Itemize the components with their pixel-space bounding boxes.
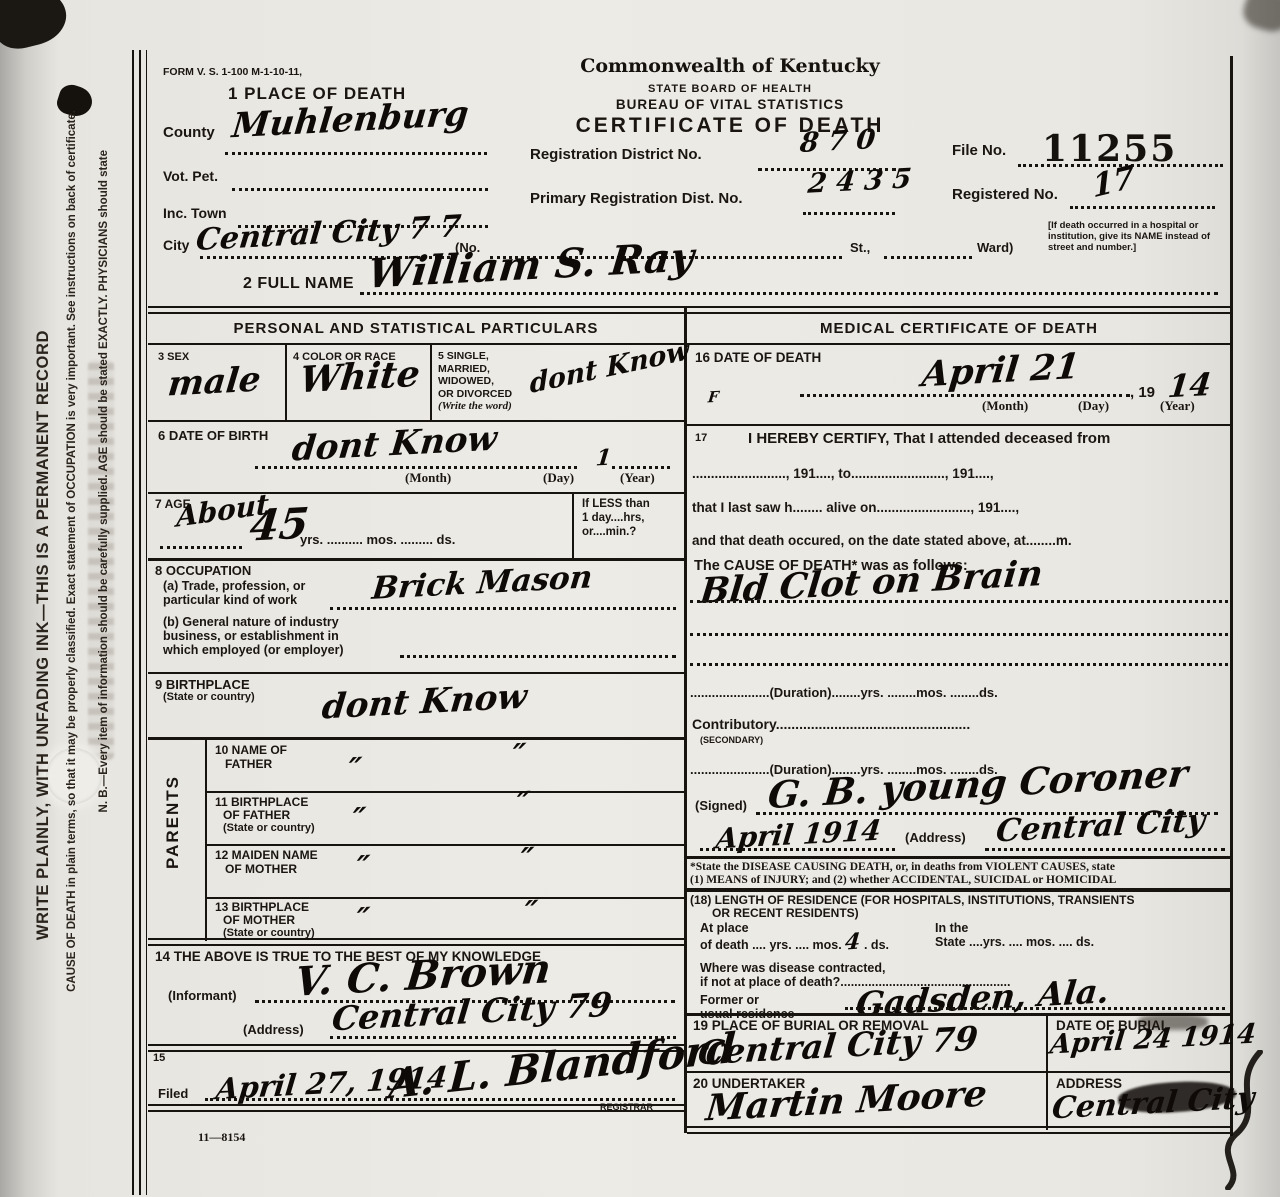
date-of-death-label: 16 DATE OF DEATH: [695, 350, 821, 365]
marital-label-line: 5 SINGLE,: [438, 350, 512, 363]
dotted-line: [690, 663, 1228, 666]
age-less-note: If LESS than 1 day....hrs, or....min.?: [582, 497, 650, 539]
dotted-line: [330, 607, 676, 610]
parents-strip-divider: [205, 737, 207, 941]
marital-label: 5 SINGLE, MARRIED, WIDOWED, OR DIVORCED: [438, 350, 512, 400]
parents-label: PARENTS: [163, 775, 183, 869]
dotted-line: [884, 256, 972, 259]
medical-section-title: MEDICAL CERTIFICATE OF DEATH: [687, 320, 1231, 337]
inc-town-label: Inc. Town: [163, 205, 227, 221]
row-rule: [687, 1071, 1231, 1073]
former-residence-label: Former or usual residence: [700, 993, 795, 1021]
certify-section-number: 17: [695, 432, 707, 444]
dotted-line: [160, 546, 242, 549]
marital-label-line: OR DIVORCED: [438, 388, 512, 401]
death-certificate-scan: WRITE PLAINLY, WITH UNFADING INK—THIS IS…: [0, 0, 1280, 1197]
registered-no-label: Registered No.: [952, 186, 1058, 203]
row-rule: [687, 888, 1231, 892]
left-frame-line: [146, 50, 147, 1195]
right-column-bottom-rule: [687, 1126, 1231, 1134]
dob-label: 6 DATE OF BIRTH: [158, 428, 268, 443]
date-of-death-mark: F: [707, 388, 720, 407]
certify-line-3: that I last saw h........ alive on......…: [692, 500, 1019, 515]
occupation-label: 8 OCCUPATION: [155, 563, 251, 578]
dob-day-label: (Day): [543, 470, 574, 486]
dob-month-label: (Month): [405, 470, 451, 486]
marital-label-line: MARRIED,: [438, 363, 512, 376]
occupation-a-line: (a) Trade, profession, or: [163, 579, 305, 593]
bureau-heading: BUREAU OF VITAL STATISTICS: [520, 97, 940, 112]
mother-name-line: 12 MAIDEN NAME: [215, 849, 318, 863]
cell-divider: [572, 492, 574, 558]
dod-day-label: (Day): [1078, 398, 1109, 414]
contributory-sub-label: (SECONDARY): [700, 735, 763, 745]
certify-intro: I HEREBY CERTIFY, That I attended deceas…: [748, 430, 1110, 447]
corner-ink-blob: [0, 0, 72, 54]
occupation-a-value: Brick Mason: [370, 559, 594, 607]
father-name-line: 10 NAME OF: [215, 744, 287, 758]
file-no-label: File No.: [952, 142, 1006, 159]
dotted-line: [205, 1098, 675, 1101]
in-state-line: State ....yrs. .... mos. .... ds.: [935, 935, 1094, 949]
in-state-line: In the: [935, 921, 1094, 935]
in-the-state: In the State ....yrs. .... mos. .... ds.: [935, 921, 1094, 949]
corner-shadow-top-right: [1240, 0, 1280, 36]
father-birthplace-label: 11 BIRTHPLACE OF FATHER (State or countr…: [215, 796, 315, 835]
margin-note-bold: WRITE PLAINLY, WITH UNFADING INK—THIS IS…: [34, 330, 53, 940]
date-of-death-year-printed: , 19: [1130, 384, 1155, 401]
primary-registration-label: Primary Registration Dist. No.: [530, 190, 743, 207]
occupation-b-line: business, or establishment in: [163, 629, 344, 643]
father-birthplace-line: (State or country): [215, 822, 315, 835]
certify-line-4: and that death occured, on the date stat…: [692, 533, 1072, 548]
father-name-label: 10 NAME OF FATHER: [215, 744, 287, 771]
race-value: White: [298, 353, 422, 402]
at-place-ds-value: 4: [845, 934, 862, 949]
dotted-line: [803, 212, 895, 215]
mother-birthplace-ditto: ″: [522, 895, 539, 931]
certificate-title: CERTIFICATE OF DEATH: [520, 114, 940, 138]
occupation-a-label: (a) Trade, profession, or particular kin…: [163, 579, 305, 607]
father-birthplace-line: OF FATHER: [215, 809, 315, 822]
sex-label: 3 SEX: [158, 351, 189, 363]
dob-year-label: (Year): [620, 470, 655, 486]
row-rule: [687, 856, 1231, 859]
birthplace-sub-label: (State or country): [163, 691, 255, 703]
state-board-heading: STATE BOARD OF HEALTH: [520, 83, 940, 95]
marital-label-line: WIDOWED,: [438, 375, 512, 388]
father-name-line: FATHER: [215, 758, 287, 772]
form-number-bottom: 11—8154: [198, 1130, 245, 1145]
margin-note-small-1: N. B.—Every item of information should b…: [98, 150, 110, 812]
occupation-b-line: which employed (or employer): [163, 643, 344, 657]
primary-registration-value: 2 4 3 5: [806, 163, 912, 200]
row-rule: [148, 558, 684, 561]
row-rule: [148, 672, 684, 674]
hospital-note: [If death occurred in a hospital or inst…: [1048, 220, 1220, 253]
dotted-line: [612, 466, 670, 469]
dotted-line: [232, 188, 488, 191]
mother-birthplace-ditto: ″: [354, 902, 371, 938]
informant-address-label: (Address): [243, 1022, 304, 1037]
occupation-a-line: particular kind of work: [163, 593, 305, 607]
dotted-line: [225, 152, 487, 155]
father-birthplace-ditto: ″: [514, 786, 531, 822]
contributory-label: Contributory............................…: [692, 716, 970, 732]
dotted-line: [255, 466, 577, 469]
cause-footnote-2: (1) MEANS of INJURY; and (2) whether ACC…: [690, 874, 1116, 886]
mother-name-line: OF MOTHER: [215, 863, 318, 877]
at-place-of-death: At place of death .... yrs. .... mos. 4 …: [700, 921, 889, 952]
dotted-line: [400, 655, 676, 658]
dotted-line: [1070, 206, 1215, 209]
left-frame-line: [139, 50, 141, 1195]
filed-section-number: 15: [153, 1052, 165, 1064]
cell-divider: [430, 345, 432, 420]
row-rule: [148, 737, 684, 740]
age-less-line: 1 day....hrs,: [582, 511, 650, 525]
marital-hint: (Write the word): [438, 400, 512, 412]
county-label: County: [163, 124, 215, 141]
left-frame-line: [132, 50, 134, 1195]
parents-bottom-rule: [148, 938, 684, 946]
dotted-line: [800, 394, 1130, 397]
registration-district-label: Registration District No.: [530, 146, 702, 163]
row-rule: [205, 791, 684, 793]
mother-name-ditto: ″: [354, 850, 371, 886]
row-rule: [148, 420, 684, 422]
occupation-b-line: (b) General nature of industry: [163, 615, 344, 629]
residence-title-2: OR RECENT RESIDENTS): [712, 906, 859, 920]
certify-line-2: ........................., 191...., to..…: [692, 466, 994, 481]
dotted-line: [700, 848, 895, 851]
registration-district-value: 8 7 0: [798, 124, 876, 159]
header-divider: [148, 306, 1231, 314]
right-frame-line: [1230, 56, 1233, 1136]
street-label: St.,: [850, 240, 870, 255]
residence-title-1: (18) LENGTH OF RESIDENCE (FOR HOSPITALS,…: [690, 893, 1134, 907]
mother-name-ditto: ″: [518, 842, 535, 878]
mother-name-label: 12 MAIDEN NAME OF MOTHER: [215, 849, 318, 876]
row-rule: [205, 844, 684, 846]
mother-birthplace-line: OF MOTHER: [215, 914, 315, 927]
dod-month-label: (Month): [982, 398, 1028, 414]
contracted-line-1: Where was disease contracted,: [700, 961, 886, 975]
column-divider: [684, 306, 687, 1133]
informant-label: (Informant): [168, 988, 237, 1003]
dotted-line: [360, 292, 1218, 295]
age-units: yrs. .......... mos. ......... ds.: [300, 532, 455, 547]
at-place-units: of death .... yrs. .... mos.: [700, 938, 842, 952]
occupation-b-label: (b) General nature of industry business,…: [163, 615, 344, 657]
age-less-line: or....min.?: [582, 525, 650, 539]
row-rule: [205, 897, 684, 899]
dotted-line: [690, 633, 1228, 636]
city-label: City: [163, 237, 189, 253]
signed-address-value: Central City: [994, 802, 1207, 849]
former-residence-line: Former or: [700, 993, 795, 1007]
margin-note-small-2: CAUSE OF DEATH in plain terms, so that i…: [66, 110, 78, 992]
vot-pet-label: Vot. Pet.: [163, 168, 218, 184]
left-column-bottom-rule: [148, 1104, 684, 1112]
dob-value: dont Know: [290, 418, 499, 469]
duration-line-1: ......................(Duration)........…: [690, 685, 998, 700]
age-less-line: If LESS than: [582, 497, 650, 511]
father-name-ditto: ″: [510, 738, 527, 774]
birthplace-value: dont Know: [320, 676, 529, 727]
cause-footnote-1: *State the DISEASE CAUSING DEATH, or, in…: [690, 861, 1115, 873]
dod-year-label: (Year): [1160, 398, 1195, 414]
ink-flourish: [1190, 1050, 1270, 1190]
signed-address-label: (Address): [905, 830, 966, 845]
dotted-line: [985, 848, 1225, 851]
form-number-top: FORM V. S. 1-100 M-1-10-11,: [163, 66, 302, 78]
row-rule: [687, 424, 1231, 426]
row-rule: [687, 1013, 1231, 1016]
ward-label: Ward): [977, 240, 1013, 255]
full-name-label: 2 FULL NAME: [243, 275, 354, 293]
mother-birthplace-label: 13 BIRTHPLACE OF MOTHER (State or countr…: [215, 901, 315, 940]
at-place-line: of death .... yrs. .... mos. 4 . ds.: [700, 935, 889, 952]
date-of-death-value: April 21: [920, 346, 1082, 396]
section-title-rule: [148, 343, 1231, 345]
cell-divider: [285, 345, 287, 420]
dob-extra-value: 1: [595, 445, 613, 472]
personal-section-title: PERSONAL AND STATISTICAL PARTICULARS: [148, 320, 684, 337]
father-name-ditto: ″: [346, 752, 363, 788]
at-place-ds-label: . ds.: [864, 938, 889, 952]
father-birthplace-ditto: ″: [350, 802, 367, 838]
sex-value: male: [166, 359, 263, 404]
commonwealth-heading: Commonwealth of Kentucky: [520, 55, 940, 77]
signed-label: (Signed): [695, 798, 747, 813]
dotted-line: [845, 1007, 1225, 1010]
birthplace-label: 9 BIRTHPLACE: [155, 677, 250, 692]
dotted-line: [690, 600, 1228, 603]
filed-label: Filed: [158, 1086, 188, 1101]
